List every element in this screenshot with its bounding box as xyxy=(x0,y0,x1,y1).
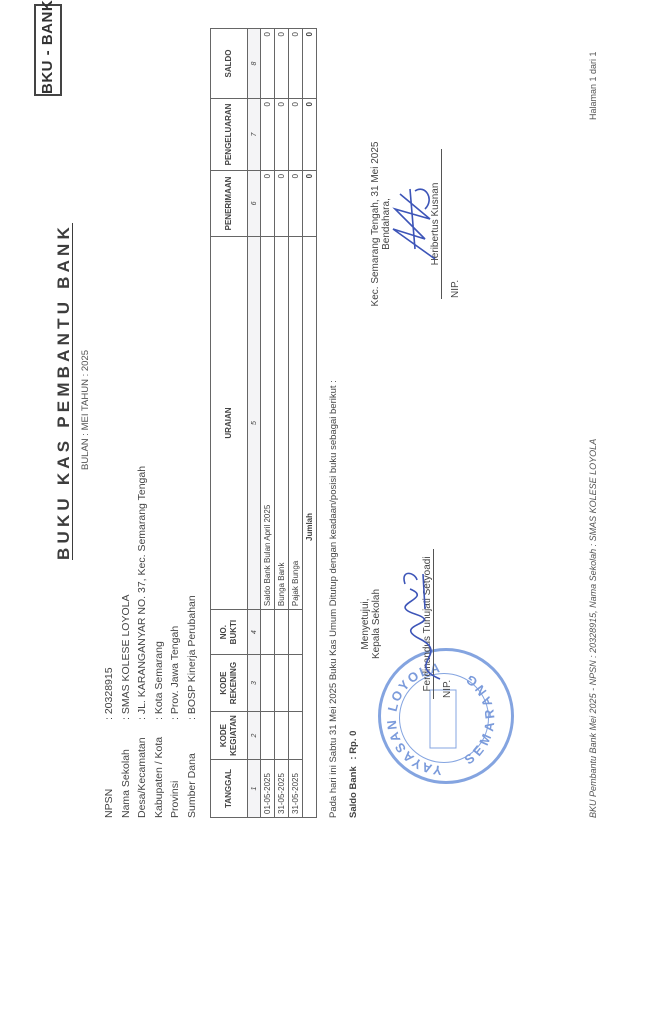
document-page: BKU - BANK BUKU KAS PEMBANTU BANK BULAN … xyxy=(0,0,670,1024)
info-row-fund-source: Sumber Dana: BOSP Kinerja Perubahan xyxy=(186,466,203,818)
table-row: 31-05-2025 Pajak Bunga 0 0 0 xyxy=(289,29,303,818)
info-row-province: Provinsi: Prov. Jawa Tengah xyxy=(169,466,186,818)
cell-pengeluaran: 0 xyxy=(289,98,303,170)
table-header-row: TANGGAL KODE KEGIATAN KODE REKENING NO. … xyxy=(211,29,248,818)
cell-penerimaan: 0 xyxy=(275,170,289,236)
cell-no-bukti xyxy=(275,610,289,655)
place-date: Kec. Semarang Tengah, 31 Mei 2025 xyxy=(370,124,381,324)
table-row: 31-05-2025 Bunga Bank 0 0 0 xyxy=(275,29,289,818)
treasurer-signature-icon xyxy=(385,179,445,269)
table-row: 01-05-2025 Saldo Bank Bulan April 2025 0… xyxy=(261,29,275,818)
header-kode-rekening: KODE REKENING xyxy=(211,655,248,712)
cell-penerimaan: 0 xyxy=(289,170,303,236)
cell-saldo: 0 xyxy=(261,29,275,99)
info-row-school-name: Nama Sekolah: SMAS KOLESE LOYOLA xyxy=(120,466,137,818)
cell-tanggal: 31-05-2025 xyxy=(275,760,289,818)
info-label: Desa/Kecamatan xyxy=(136,720,153,818)
info-value: : BOSP Kinerja Perubahan xyxy=(186,595,203,720)
closing-statement: Pada hari ini Sabtu 31 Mei 2025 Buku Kas… xyxy=(328,380,339,818)
total-pengeluaran: 0 xyxy=(303,98,317,170)
cell-tanggal: 31-05-2025 xyxy=(289,760,303,818)
cell-kode-rekening xyxy=(261,655,275,712)
cell-saldo: 0 xyxy=(289,29,303,99)
header-tanggal: TANGGAL xyxy=(211,760,248,818)
stamp-bottom-text: SEMARANG xyxy=(461,671,497,768)
info-value: : 20328915 xyxy=(103,667,120,720)
header-penerimaan: PENERIMAAN xyxy=(211,170,248,236)
cell-kode-rekening xyxy=(289,655,303,712)
column-number: 5 xyxy=(248,236,261,609)
column-number: 8 xyxy=(248,29,261,99)
total-label: Jumlah xyxy=(303,236,317,817)
saldo-bank: Saldo Bank : Rp. 0 xyxy=(348,731,359,818)
cell-uraian: Bunga Bank xyxy=(275,236,289,609)
info-label: Sumber Dana xyxy=(186,720,203,818)
cell-kode-rekening xyxy=(275,655,289,712)
cell-kode-kegiatan xyxy=(289,712,303,760)
header-no-bukti: NO. BUKTI xyxy=(211,610,248,655)
principal-role: Kepala Sekolah xyxy=(371,524,382,724)
info-label: Kabupaten / Kota xyxy=(153,720,170,818)
header-uraian: URAIAN xyxy=(211,236,248,609)
treasurer-nip: NIP. xyxy=(450,124,461,324)
info-row-city: Kabupaten / Kota: Kota Semarang xyxy=(153,466,170,818)
cell-tanggal: 01-05-2025 xyxy=(261,760,275,818)
info-label: Provinsi xyxy=(169,720,186,818)
column-number: 2 xyxy=(248,712,261,760)
column-number: 1 xyxy=(248,760,261,818)
column-number: 4 xyxy=(248,610,261,655)
total-row: Jumlah 0 0 0 xyxy=(303,29,317,818)
cell-pengeluaran: 0 xyxy=(275,98,289,170)
svg-text:SEMARANG: SEMARANG xyxy=(461,671,497,768)
principal-signature-icon xyxy=(395,564,455,684)
school-info: NPSN: 20328915 Nama Sekolah: SMAS KOLESE… xyxy=(103,466,202,818)
info-row-npsn: NPSN: 20328915 xyxy=(103,466,120,818)
saldo-bank-value: : Rp. 0 xyxy=(348,731,359,760)
cell-uraian: Pajak Bunga xyxy=(289,236,303,609)
info-label: Nama Sekolah xyxy=(120,720,137,818)
header-kode-kegiatan: KODE KEGIATAN xyxy=(211,712,248,760)
header-saldo: SALDO xyxy=(211,29,248,99)
cash-book-table: TANGGAL KODE KEGIATAN KODE REKENING NO. … xyxy=(210,28,317,818)
info-label: NPSN xyxy=(103,720,120,818)
cell-kode-kegiatan xyxy=(261,712,275,760)
info-value: : SMAS KOLESE LOYOLA xyxy=(120,595,137,720)
cell-uraian: Saldo Bank Bulan April 2025 xyxy=(261,236,275,609)
bku-bank-badge: BKU - BANK xyxy=(34,4,62,96)
header-pengeluaran: PENGELUARAN xyxy=(211,98,248,170)
info-value: : JL. KARANGANYAR NO. 37, Kec. Semarang … xyxy=(136,466,153,720)
document-title: BUKU KAS PEMBANTU BANK xyxy=(54,260,74,560)
column-number: 7 xyxy=(248,98,261,170)
total-penerimaan: 0 xyxy=(303,170,317,236)
page-number: Halaman 1 dari 1 xyxy=(588,51,598,120)
cell-pengeluaran: 0 xyxy=(261,98,275,170)
cell-penerimaan: 0 xyxy=(261,170,275,236)
approval-label: Menyetujui, xyxy=(360,524,371,724)
column-number: 3 xyxy=(248,655,261,712)
document-period: BULAN : MEI TAHUN : 2025 xyxy=(80,260,91,560)
document-footer: BKU Pembantu Bank Mei 2025 - NPSN : 2032… xyxy=(588,439,598,818)
cell-no-bukti xyxy=(289,610,303,655)
cell-no-bukti xyxy=(261,610,275,655)
column-number: 6 xyxy=(248,170,261,236)
cell-saldo: 0 xyxy=(275,29,289,99)
cell-kode-kegiatan xyxy=(275,712,289,760)
total-saldo: 0 xyxy=(303,29,317,99)
column-number-row: 1 2 3 4 5 6 7 8 xyxy=(248,29,261,818)
info-row-address: Desa/Kecamatan: JL. KARANGANYAR NO. 37, … xyxy=(136,466,153,818)
info-value: : Kota Semarang xyxy=(153,641,170,720)
info-value: : Prov. Jawa Tengah xyxy=(169,626,186,720)
saldo-bank-label: Saldo Bank xyxy=(348,766,359,818)
